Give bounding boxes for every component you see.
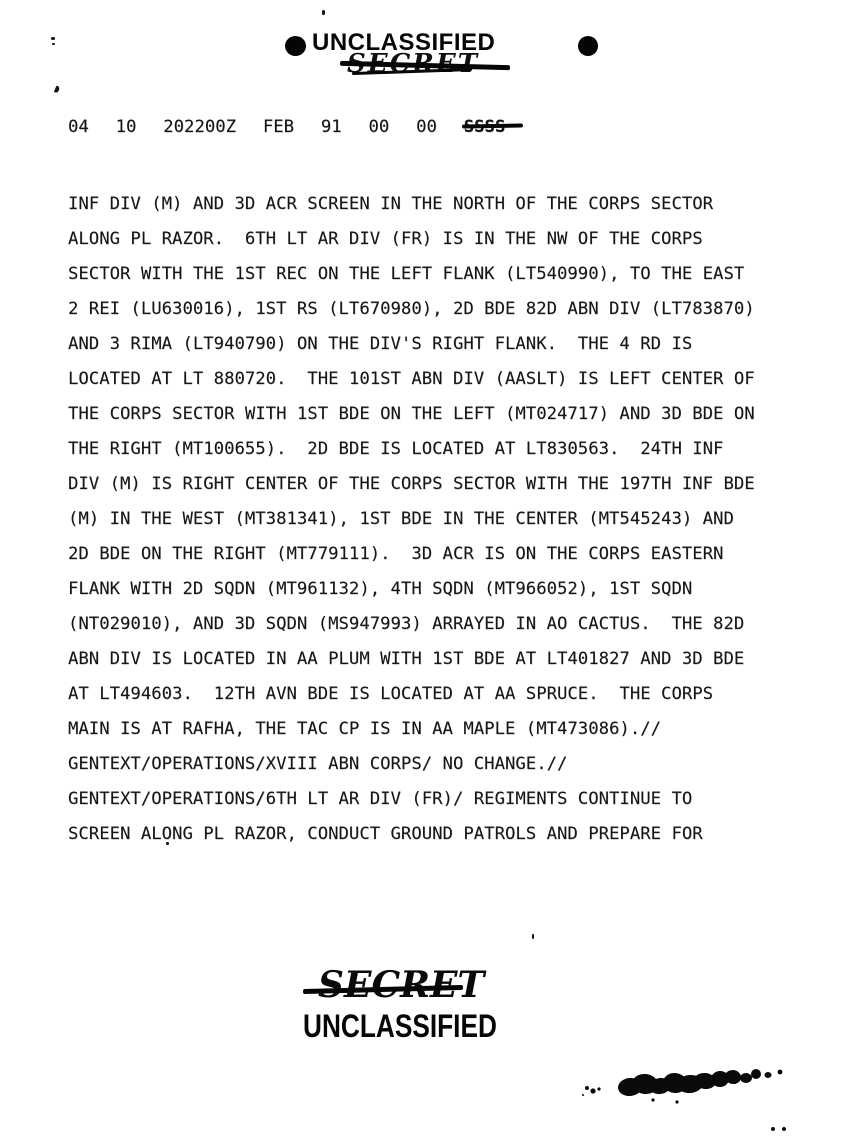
scan-speck [532,934,534,939]
document-line: (NT029010), AND 3D SQDN (MS947993) ARRAY… [68,607,755,642]
document-line: DIV (M) IS RIGHT CENTER OF THE CORPS SEC… [68,467,755,502]
message-body: INF DIV (M) AND 3D ACR SCREEN IN THE NOR… [68,187,755,852]
hole-punch-mark-right [578,36,598,56]
header-datetime-group: 04 10 202200Z FEB 91 00 00 [68,117,464,137]
document-line: LOCATED AT LT 880720. THE 101ST ABN DIV … [68,362,755,397]
document-line: AT LT494603. 12TH AVN BDE IS LOCATED AT … [68,677,755,712]
document-line: INF DIV (M) AND 3D ACR SCREEN IN THE NOR… [68,187,755,222]
document-line: 2D BDE ON THE RIGHT (MT779111). 3D ACR I… [68,537,755,572]
document-line: SECTOR WITH THE 1ST REC ON THE LEFT FLAN… [68,257,755,292]
document-line: (M) IN THE WEST (MT381341), 1ST BDE IN T… [68,502,755,537]
document-line: FLANK WITH 2D SQDN (MT961132), 4TH SQDN … [68,572,755,607]
scan-speck [54,85,61,93]
message-header-line: 04 10 202200Z FEB 91 00 00 SSSS [68,117,505,137]
document-line: GENTEXT/OPERATIONS/XVIII ABN CORPS/ NO C… [68,747,755,782]
hole-punch-mark-left [285,36,306,56]
document-line: AND 3 RIMA (LT940790) ON THE DIV'S RIGHT… [68,327,755,362]
document-line: SCREEN ALONG PL RAZOR, CONDUCT GROUND PA… [68,817,755,852]
document-line: MAIN IS AT RAFHA, THE TAC CP IS IN AA MA… [68,712,755,747]
document-line: 2 REI (LU630016), 1ST RS (LT670980), 2D … [68,292,755,327]
document-line: ALONG PL RAZOR. 6TH LT AR DIV (FR) IS IN… [68,222,755,257]
bottom-unclassified-stamp: UNCLASSIFIED [303,1008,497,1045]
document-line: THE CORPS SECTOR WITH 1ST BDE ON THE LEF… [68,397,755,432]
scan-speck [51,37,55,40]
document-line: THE RIGHT (MT100655). 2D BDE IS LOCATED … [68,432,755,467]
scan-speck [52,43,55,45]
ink-smudge-mark [575,1058,795,1138]
document-line: ABN DIV IS LOCATED IN AA PLUM WITH 1ST B… [68,642,755,677]
document-line: GENTEXT/OPERATIONS/6TH LT AR DIV (FR)/ R… [68,782,755,817]
struck-classification-code: SSSS [464,117,506,137]
scan-speck [322,10,325,15]
scanned-document-page: UNCLASSIFIED SECRET 04 10 202200Z FEB 91… [0,0,850,1145]
